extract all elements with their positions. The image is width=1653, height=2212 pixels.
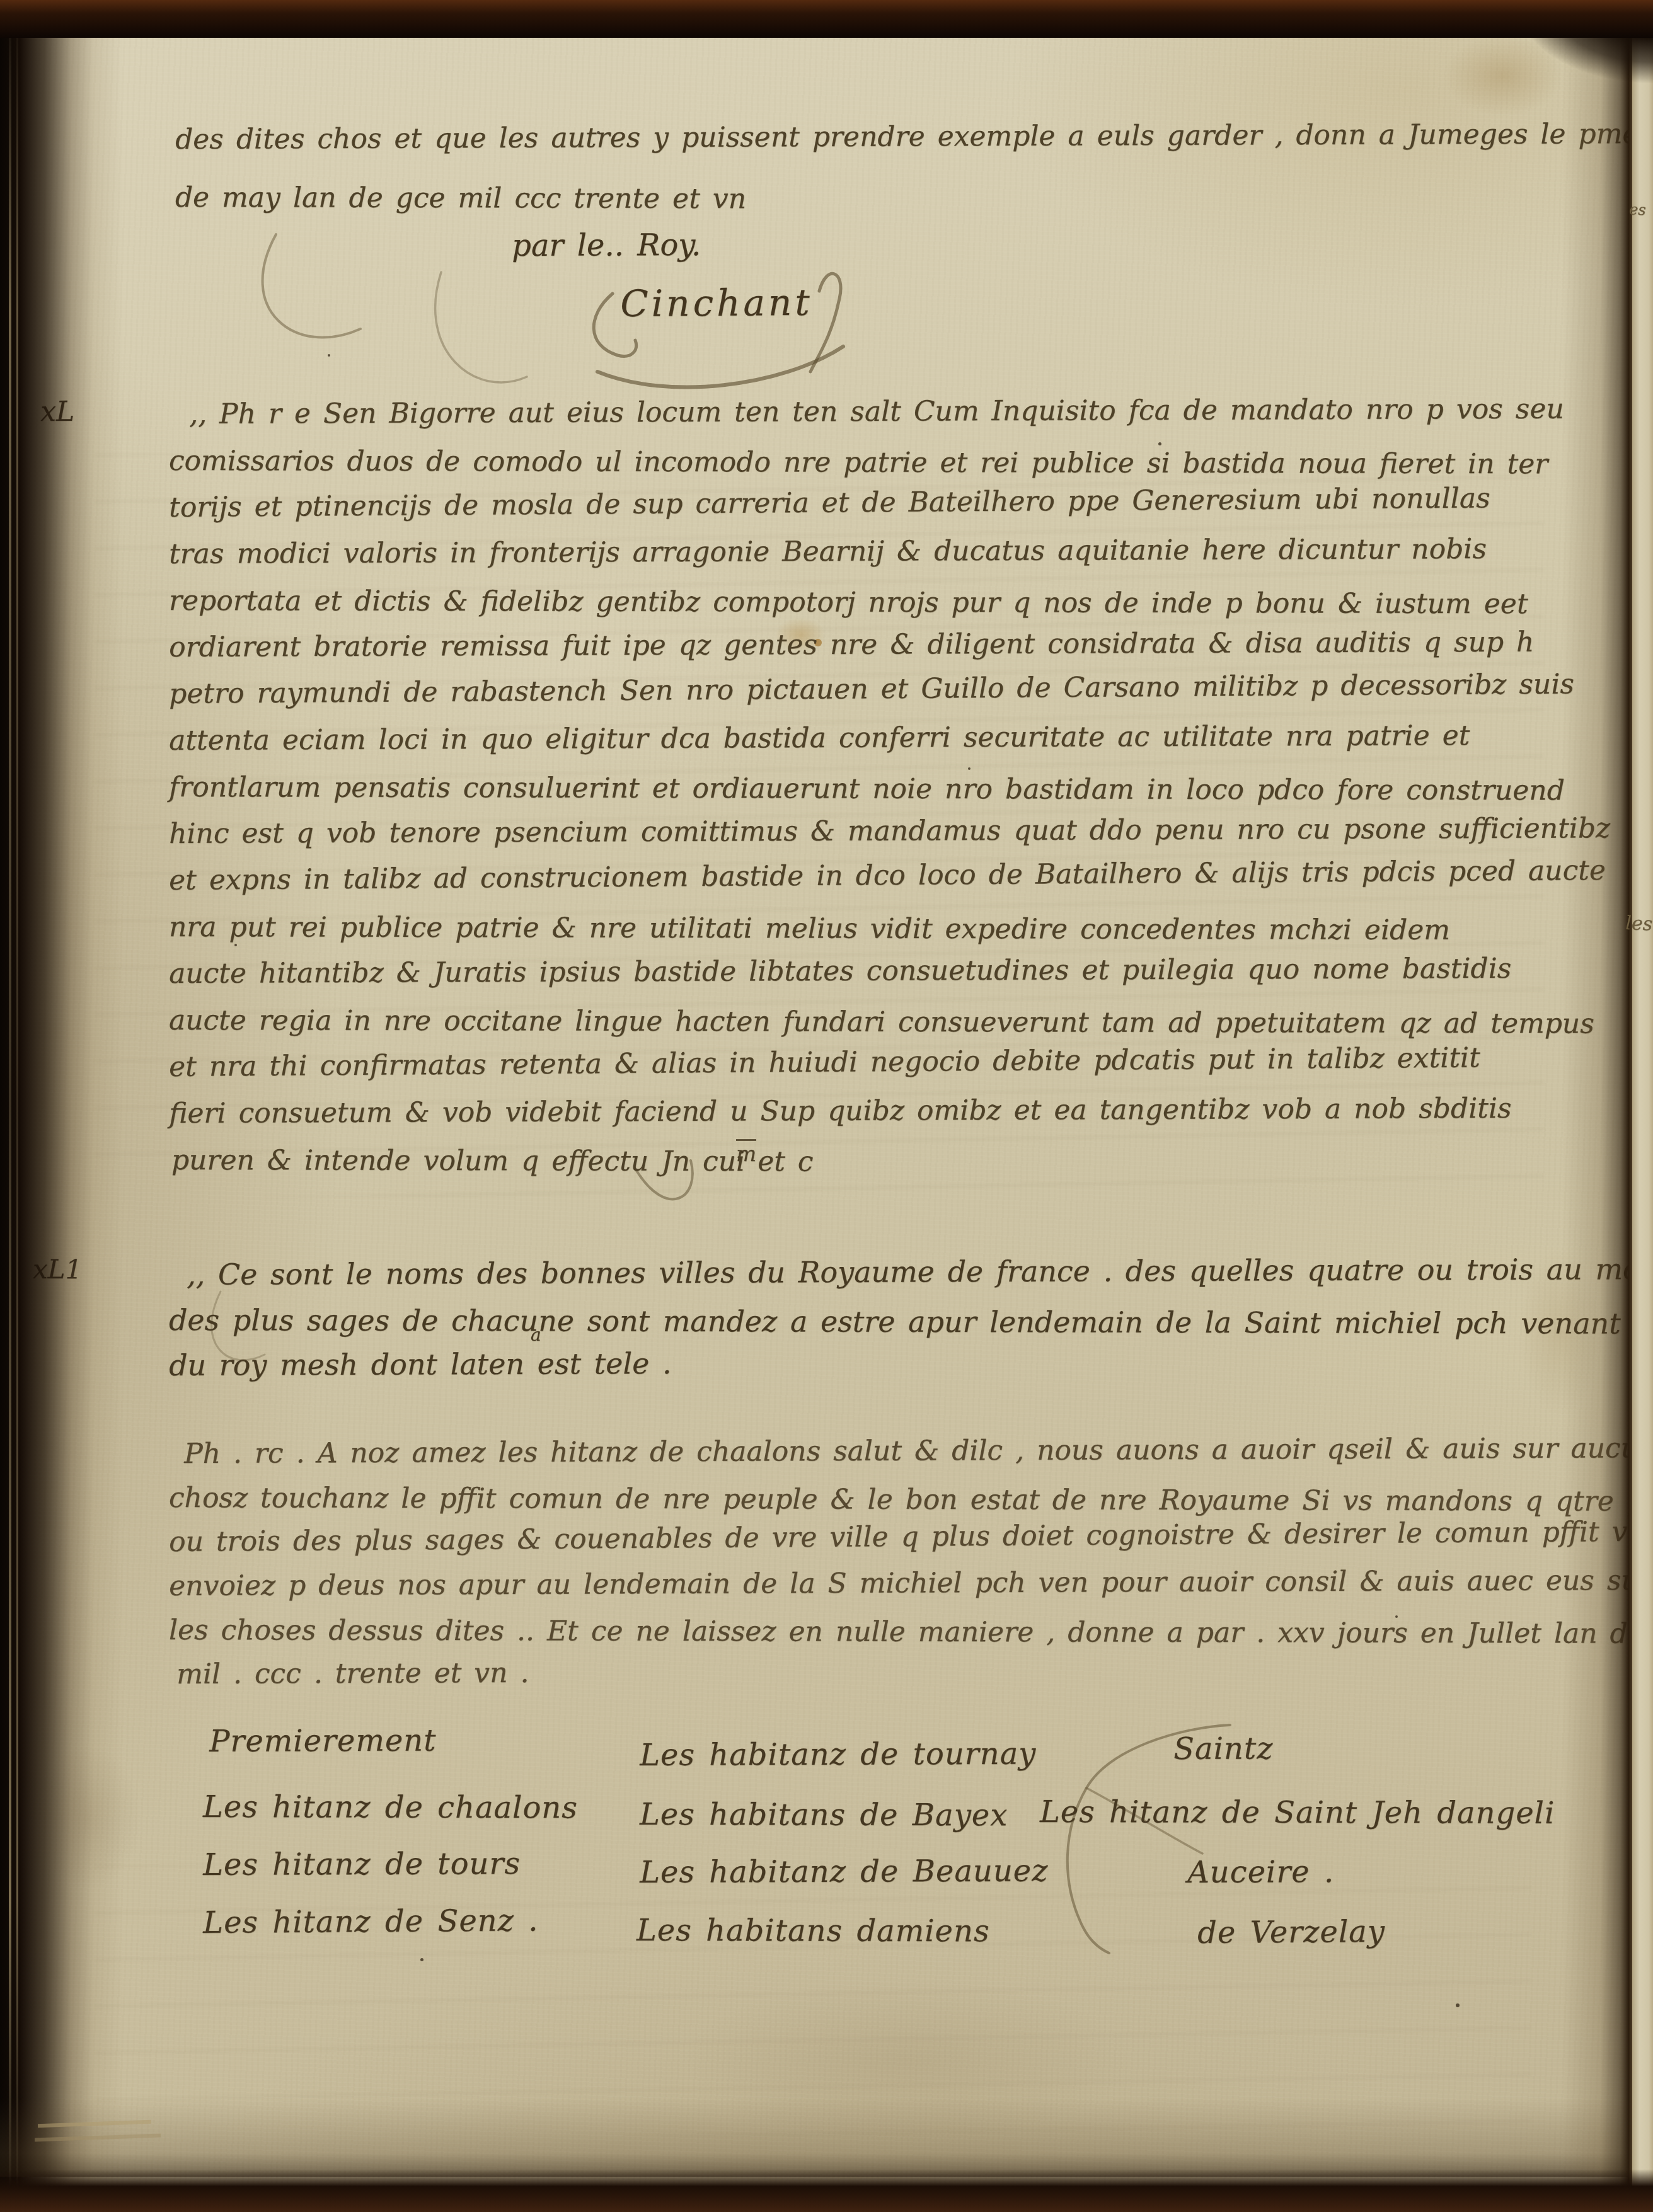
- text-line-letter: chosz touchanz le pffit comun de nre peu…: [169, 1482, 1653, 1518]
- text-line-latin: nra put rei publice patrie & nre utilita…: [169, 911, 1450, 946]
- list-item-town: de Verzelay: [1197, 1914, 1385, 1951]
- text-line-letter: envoiez p deus nos apur au lendemain de …: [169, 1564, 1652, 1602]
- text-line-intro: du roy mesh dont laten est tele .: [169, 1346, 672, 1382]
- next-page-ink-mark: les: [1625, 912, 1647, 935]
- text-line-latin: comissarios duos de comodo ul incomodo n…: [169, 445, 1548, 480]
- list-item-town: Saintz: [1173, 1731, 1274, 1767]
- text-line-latin: hinc est q vob tenore psencium comittimu…: [169, 812, 1610, 850]
- etcetera-abbreviation: m: [736, 1139, 756, 1167]
- ink-speck: [234, 944, 237, 946]
- ink-speck: [968, 767, 970, 770]
- text-line-latin: ordiarent bratorie remissa fuit ipe qz g…: [169, 626, 1535, 663]
- text-line-latin: fieri consuetum & vob videbit faciend u …: [169, 1092, 1512, 1130]
- text-line-letter: mil . ccc . trente et vn .: [176, 1657, 529, 1690]
- list-item-town: Les hitanz de Saint Jeh dangeli: [1040, 1794, 1555, 1831]
- entry-number-xli: xL1: [33, 1254, 82, 1285]
- ink-speck: [328, 354, 330, 357]
- binding-edge-bottom: [0, 2169, 1653, 2212]
- text-line-latin: tras modici valoris in fronterijs arrago…: [169, 533, 1487, 570]
- list-item-town: Les habitans de Bayex: [640, 1797, 1008, 1833]
- text-line-latin: puren & intende volum q effectu Jn cui e…: [171, 1144, 814, 1178]
- text-line-latin: aucte regia in nre occitane lingue hacte…: [169, 1004, 1594, 1040]
- list-item-town: Les hitanz de tours: [203, 1846, 521, 1882]
- list-item-town: Les hitanz de Senz .: [203, 1903, 539, 1940]
- next-page-ink-mark: es: [1629, 200, 1650, 219]
- text-line-latin: reportata et dictis & fidelibz gentibz c…: [169, 585, 1528, 620]
- text-line-latin: ,, Ph r e Sen Bigorre aut eius locum ten…: [189, 393, 1564, 430]
- ink-speck: [1158, 442, 1161, 445]
- text-line-latin: attenta eciam loci in quo eligitur dca b…: [169, 719, 1470, 757]
- text-line-letter: Ph . rc . A noz amez les hitanz de chaal…: [184, 1432, 1653, 1470]
- text-line-latin: aucte hitantibz & Juratis ipsius bastide…: [169, 953, 1511, 990]
- text-line-intro: ,, Ce sont le noms des bonnes villes du …: [187, 1252, 1653, 1292]
- text-line-closing: des dites chos et que les autres y puiss…: [175, 118, 1653, 156]
- entry-number-xl: xL: [40, 396, 74, 428]
- list-item-town: Les hitanz de chaalons: [203, 1789, 578, 1825]
- list-item-town: Les habitanz de Beauuez: [640, 1854, 1049, 1890]
- manuscript-photo: des dites chos et que les autres y puiss…: [0, 0, 1653, 2212]
- interlinear-insertion: a: [531, 1324, 541, 1345]
- text-line-latin: frontlarum pensatis consuluerint et ordi…: [169, 771, 1565, 806]
- list-item-town: Auceire .: [1187, 1854, 1334, 1890]
- text-line-letter: les choses dessus dites .. Et ce ne lais…: [169, 1614, 1653, 1650]
- list-item-town: Les habitanz de tournay: [640, 1736, 1036, 1773]
- chancery-subscription: par le.. Roy.: [512, 227, 701, 263]
- next-page-edge: es les: [1632, 0, 1653, 2212]
- binding-edge-top: [0, 0, 1653, 38]
- ink-speck: [1456, 2003, 1460, 2007]
- list-item-town: Les habitans damiens: [636, 1913, 990, 1949]
- chancery-signature: Cinchant: [620, 281, 813, 325]
- text-line-closing: de may lan de gce mil ccc trente et vn: [175, 181, 746, 215]
- ink-speck: [420, 1958, 423, 1961]
- list-header-premierement: Premierement: [209, 1723, 437, 1759]
- text-line-intro: des plus sages de chacune sont mandez a …: [169, 1303, 1653, 1341]
